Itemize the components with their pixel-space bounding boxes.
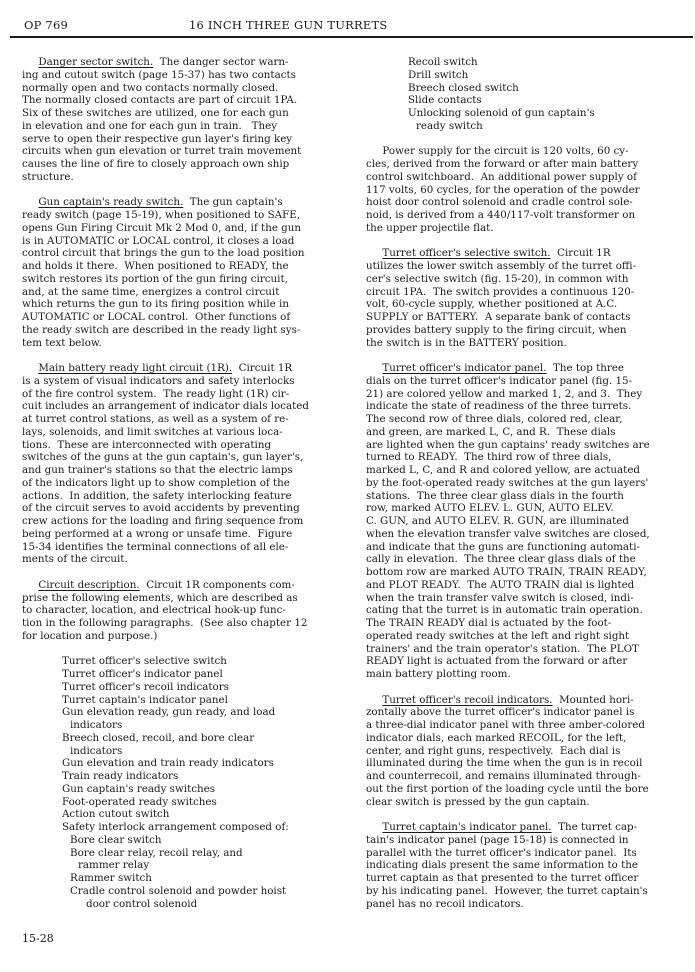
text-line: utilizes the lower switch assembly of th… xyxy=(366,260,688,273)
list-item: Gun captain's ready switches xyxy=(22,783,348,796)
page-number: 15-28 xyxy=(22,932,54,945)
list-item: Gun elevation ready, gun ready, and load xyxy=(22,706,348,719)
text-line: by his indicating panel. However, the tu… xyxy=(366,885,688,898)
left-column: Danger sector switch. The danger sector … xyxy=(22,56,348,923)
section-heading: Turret captain's indicator panel. xyxy=(382,821,551,833)
text-line: The normally closed contacts are part of… xyxy=(22,94,348,107)
text-line: bottom row are marked AUTO TRAIN, TRAIN … xyxy=(366,566,688,579)
list-item: Foot-operated ready switches xyxy=(22,796,348,809)
text-line: for location and purpose.) xyxy=(22,630,348,643)
paragraph-power-supply: Power supply for the circuit is 120 volt… xyxy=(366,145,688,234)
paragraph-selective-switch: Turret officer's selective switch. Circu… xyxy=(366,247,688,349)
right-column: Recoil switchDrill switchBreech closed s… xyxy=(366,56,688,923)
text-line: and green, are marked L, C, and R. These… xyxy=(366,426,688,439)
list-item: Slide contacts xyxy=(366,94,688,107)
text-line: is a system of visual indicators and saf… xyxy=(22,375,348,388)
text-line: The second row of three dials, colored r… xyxy=(366,413,688,426)
section-heading: Turret officer's indicator panel. xyxy=(382,362,546,374)
paragraph-main-battery: Main battery ready light circuit (1R). C… xyxy=(22,362,348,566)
header-rule xyxy=(10,36,693,38)
text-line: provides battery supply to the firing ci… xyxy=(366,324,688,337)
list-item: Drill switch xyxy=(366,69,688,82)
text-line: The TRAIN READY dial is actuated by the … xyxy=(366,617,688,630)
section-heading: Gun captain's ready switch. xyxy=(38,196,183,208)
text-line: by the foot-operated ready switches at t… xyxy=(366,477,688,490)
text-line: tion in the following paragraphs. (See a… xyxy=(22,617,348,630)
text-line: SUPPLY or BATTERY. A separate bank of co… xyxy=(366,311,688,324)
text-line: circuits when gun elevation or turret tr… xyxy=(22,145,348,158)
text-line: AUTOMATIC or LOCAL control. Other functi… xyxy=(22,311,348,324)
text-line: Turret officer's selective switch. Circu… xyxy=(366,247,688,260)
list-item: Turret officer's recoil indicators xyxy=(22,681,348,694)
text-line: hoist door control solenoid and cradle c… xyxy=(366,196,688,209)
text-line: zontally above the turret officer's indi… xyxy=(366,706,688,719)
text-line: C. GUN, and AUTO ELEV. R. GUN, are illum… xyxy=(366,515,688,528)
paragraph-danger-sector: Danger sector switch. The danger sector … xyxy=(22,56,348,184)
components-list-continued: Recoil switchDrill switchBreech closed s… xyxy=(366,56,688,133)
list-item: ready switch xyxy=(366,120,688,133)
list-item: Recoil switch xyxy=(366,56,688,69)
text-line: trainers' and the train operator's stati… xyxy=(366,643,688,656)
text-line: main battery plotting room. xyxy=(366,668,688,681)
paragraph-recoil-indicators: Turret officer's recoil indicators. Moun… xyxy=(366,694,688,809)
list-item: Turret captain's indicator panel xyxy=(22,694,348,707)
list-item: Breech closed, recoil, and bore clear xyxy=(22,732,348,745)
text-line: and counterrecoil, and remains illuminat… xyxy=(366,770,688,783)
text-line: switches of the guns at the gun captain'… xyxy=(22,451,348,464)
text-line: and holds it there. When positioned to R… xyxy=(22,260,348,273)
text-line: tain's indicator panel (page 15-18) is c… xyxy=(366,834,688,847)
list-item: Turret officer's selective switch xyxy=(22,655,348,668)
paragraph-captain-panel: Turret captain's indicator panel. The tu… xyxy=(366,821,688,910)
list-item: Bore clear relay, recoil relay, and xyxy=(22,847,348,860)
section-heading: Main battery ready light circuit (1R). xyxy=(38,362,232,374)
text-line: control circuit that brings the gun to t… xyxy=(22,247,348,260)
text-line: indicator dials, each marked RECOIL, for… xyxy=(366,732,688,745)
text-line: the ready switch are described in the re… xyxy=(22,324,348,337)
text-line: stations. The three clear glass dials in… xyxy=(366,490,688,503)
text-line: are lighted when the gun captains' ready… xyxy=(366,439,688,452)
text-line: dials on the turret officer's indicator … xyxy=(366,375,688,388)
list-item: indicators xyxy=(22,745,348,758)
text-line: to character, location, and electrical h… xyxy=(22,604,348,617)
components-list: Turret officer's selective switchTurret … xyxy=(22,655,348,910)
section-heading: Danger sector switch. xyxy=(38,56,153,68)
text-line: parallel with the turret officer's indic… xyxy=(366,847,688,860)
text-line: opens Gun Firing Circuit Mk 2 Mod 0, and… xyxy=(22,222,348,235)
text-line: cuit includes an arrangement of indicato… xyxy=(22,400,348,413)
text-line: and indicate that the guns are functioni… xyxy=(366,541,688,554)
list-item: door control solenoid xyxy=(22,898,348,911)
page-title: 16 INCH THREE GUN TURRETS xyxy=(189,18,387,32)
list-item: indicators xyxy=(22,719,348,732)
paragraph-indicator-panel: Turret officer's indicator panel. The to… xyxy=(366,362,688,681)
text-line: lays, solenoids, and limit switches at v… xyxy=(22,426,348,439)
list-item: Rammer switch xyxy=(22,872,348,885)
list-item: Breech closed switch xyxy=(366,82,688,95)
text-line: 21) are colored yellow and marked 1, 2, … xyxy=(366,388,688,401)
text-line: operated ready switches at the left and … xyxy=(366,630,688,643)
text-line: and gun trainer's stations so that the e… xyxy=(22,464,348,477)
text-line: at turret control stations, as well as a… xyxy=(22,413,348,426)
text-line: Gun captain's ready switch. The gun capt… xyxy=(22,196,348,209)
text-line: which returns the gun to its firing posi… xyxy=(22,298,348,311)
text-line: being performed at a wrong or unsafe tim… xyxy=(22,528,348,541)
text-line: READY light is actuated from the forward… xyxy=(366,655,688,668)
text-line: ments of the circuit. xyxy=(22,553,348,566)
text-line: of the indicators light up to show compl… xyxy=(22,477,348,490)
text-line: turned to READY. The third row of three … xyxy=(366,451,688,464)
text-line: and PLOT READY. The AUTO TRAIN dial is l… xyxy=(366,579,688,592)
text-line: and, at the same time, energizes a contr… xyxy=(22,286,348,299)
text-line: a three-dial indicator panel with three … xyxy=(366,719,688,732)
text-line: causes the line of fire to closely appro… xyxy=(22,158,348,171)
text-line: Circuit description. Circuit 1R componen… xyxy=(22,579,348,592)
text-line: is in AUTOMATIC or LOCAL control, it clo… xyxy=(22,235,348,248)
text-line: prise the following elements, which are … xyxy=(22,592,348,605)
text-line: normally open and two contacts normally … xyxy=(22,82,348,95)
text-line: Main battery ready light circuit (1R). C… xyxy=(22,362,348,375)
text-line: switch restores its portion of the gun f… xyxy=(22,273,348,286)
text-line: cer's selective switch (fig. 15-20), in … xyxy=(366,273,688,286)
text-line: cally in elevation. The three clear glas… xyxy=(366,553,688,566)
list-item: Gun elevation and train ready indicators xyxy=(22,757,348,770)
text-line: clear switch is pressed by the gun capta… xyxy=(366,796,688,809)
text-line: cating that the turret is in automatic t… xyxy=(366,604,688,617)
text-line: indicate the state of readiness of the t… xyxy=(366,400,688,413)
text-line: crew actions for the loading and firing … xyxy=(22,515,348,528)
text-line: of the circuit serves to avoid accidents… xyxy=(22,502,348,515)
list-item: Bore clear switch xyxy=(22,834,348,847)
list-item: Action cutout switch xyxy=(22,808,348,821)
text-line: center, and right guns, respectively. Ea… xyxy=(366,745,688,758)
section-heading: Turret officer's selective switch. xyxy=(382,247,550,259)
text-line: of the fire control system. The ready li… xyxy=(22,388,348,401)
text-line: ready switch (page 15-19), when position… xyxy=(22,209,348,222)
text-line: panel has no recoil indicators. xyxy=(366,898,688,911)
text-line: marked L, C, and R and colored yellow, a… xyxy=(366,464,688,477)
paragraph-gun-captain-ready: Gun captain's ready switch. The gun capt… xyxy=(22,196,348,349)
list-item: Train ready indicators xyxy=(22,770,348,783)
text-line: volt, 60-cycle supply, whether positione… xyxy=(366,298,688,311)
text-line: noid, is derived from a 440/117-volt tra… xyxy=(366,209,688,222)
text-line: Power supply for the circuit is 120 volt… xyxy=(366,145,688,158)
text-line: 15-34 identifies the terminal connection… xyxy=(22,541,348,554)
list-item: Turret officer's indicator panel xyxy=(22,668,348,681)
text-line: 117 volts, 60 cycles, for the operation … xyxy=(366,184,688,197)
document-id: OP 769 xyxy=(24,18,68,32)
text-line: Six of these switches are utilized, one … xyxy=(22,107,348,120)
section-heading: Circuit description. xyxy=(38,579,139,591)
text-line: turret captain as that presented to the … xyxy=(366,872,688,885)
text-line: the upper projectile flat. xyxy=(366,222,688,235)
text-line: Turret officer's indicator panel. The to… xyxy=(366,362,688,375)
text-line: control switchboard. An additional power… xyxy=(366,171,688,184)
text-line: illuminated during the time when the gun… xyxy=(366,757,688,770)
text-line: row, marked AUTO ELEV. L. GUN, AUTO ELEV… xyxy=(366,502,688,515)
text-line: structure. xyxy=(22,171,348,184)
section-heading: Turret officer's recoil indicators. xyxy=(382,694,552,706)
text-line: serve to open their respective gun layer… xyxy=(22,133,348,146)
text-line: indicating dials present the same inform… xyxy=(366,859,688,872)
page-header: OP 769 16 INCH THREE GUN TURRETS xyxy=(24,14,692,36)
text-line: when the elevation transfer valve switch… xyxy=(366,528,688,541)
list-item: Cradle control solenoid and powder hoist xyxy=(22,885,348,898)
text-line: Danger sector switch. The danger sector … xyxy=(22,56,348,69)
text-line: Turret captain's indicator panel. The tu… xyxy=(366,821,688,834)
list-item: Unlocking solenoid of gun captain's xyxy=(366,107,688,120)
text-line: the switch is in the BATTERY position. xyxy=(366,337,688,350)
text-line: tem text below. xyxy=(22,337,348,350)
text-line: cles, derived from the forward or after … xyxy=(366,158,688,171)
paragraph-circuit-description: Circuit description. Circuit 1R componen… xyxy=(22,579,348,643)
text-line: out the first portion of the loading cyc… xyxy=(366,783,688,796)
text-line: actions. In addition, the safety interlo… xyxy=(22,490,348,503)
text-line: circuit 1PA. The switch provides a conti… xyxy=(366,286,688,299)
text-line: tions. These are interconnected with ope… xyxy=(22,439,348,452)
text-line: in elevation and one for each gun in tra… xyxy=(22,120,348,133)
text-line: Turret officer's recoil indicators. Moun… xyxy=(366,694,688,707)
list-item: rammer relay xyxy=(22,859,348,872)
text-line: when the train transfer valve switch is … xyxy=(366,592,688,605)
list-item: Safety interlock arrangement composed of… xyxy=(22,821,348,834)
text-line: ing and cutout switch (page 15-37) has t… xyxy=(22,69,348,82)
